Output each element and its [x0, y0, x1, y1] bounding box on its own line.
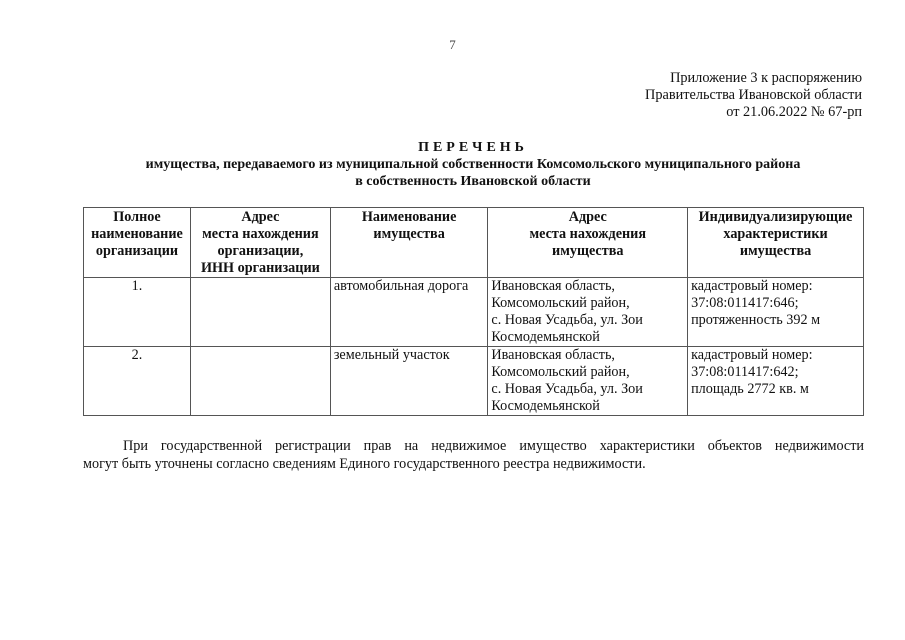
note-line: При государственной регистрации прав на … [83, 437, 864, 455]
address-line: с. Новая Усадьба, ул. Зои [491, 312, 684, 329]
header-text: Адрес [194, 209, 327, 226]
note-line: могут быть уточнены согласно сведениям Е… [83, 455, 864, 473]
appendix-line: Приложение 3 к распоряжению [645, 70, 862, 87]
header-text: имущества [334, 226, 485, 243]
title-subtitle-line: имущества, передаваемого из муниципально… [83, 156, 863, 173]
header-text: Наименование [334, 209, 485, 226]
address-line: Ивановская область, [491, 347, 684, 364]
table-header-row: Полное наименование организации Адрес ме… [84, 208, 864, 278]
header-text: ИНН организации [194, 260, 327, 277]
header-text: места нахождения [194, 226, 327, 243]
document-title: ПЕРЕЧЕНЬ имущества, передаваемого из мун… [83, 139, 863, 190]
property-name-cell: земельный участок [330, 347, 488, 416]
characteristic-line: площадь 2772 кв. м [691, 381, 860, 398]
header-text: организации, [194, 243, 327, 260]
header-text: имущества [491, 243, 684, 260]
address-line: Комсомольский район, [491, 364, 684, 381]
header-property-name: Наименование имущества [330, 208, 488, 278]
property-address-cell: Ивановская область, Комсомольский район,… [488, 347, 688, 416]
header-text: наименование [87, 226, 187, 243]
title-subtitle-line: в собственность Ивановской области [83, 173, 863, 190]
table-row: 1. автомобильная дорога Ивановская облас… [84, 278, 864, 347]
address-line: Комсомольский район, [491, 295, 684, 312]
header-text: Индивидуализирующие [691, 209, 860, 226]
row-number: 1. [84, 278, 191, 347]
address-line: Космодемьянской [491, 398, 684, 415]
header-org-address: Адрес места нахождения организации, ИНН … [190, 208, 330, 278]
appendix-line: Правительства Ивановской области [645, 87, 862, 104]
property-table: Полное наименование организации Адрес ме… [83, 207, 864, 416]
address-line: Ивановская область, [491, 278, 684, 295]
note-paragraph: При государственной регистрации прав на … [83, 437, 864, 473]
characteristic-line: 37:08:011417:646; [691, 295, 860, 312]
page-number: 7 [0, 37, 905, 53]
org-address-cell [190, 278, 330, 347]
header-characteristics: Индивидуализирующие характеристики имуще… [688, 208, 864, 278]
characteristics-cell: кадастровый номер: 37:08:011417:646; про… [688, 278, 864, 347]
characteristic-line: протяженность 392 м [691, 312, 860, 329]
header-org-name: Полное наименование организации [84, 208, 191, 278]
org-address-cell [190, 347, 330, 416]
property-address-cell: Ивановская область, Комсомольский район,… [488, 278, 688, 347]
title-main: ПЕРЕЧЕНЬ [83, 139, 863, 156]
property-name-cell: автомобильная дорога [330, 278, 488, 347]
header-text: имущества [691, 243, 860, 260]
header-text: характеристики [691, 226, 860, 243]
header-text: Полное [87, 209, 187, 226]
appendix-reference: Приложение 3 к распоряжению Правительств… [645, 70, 862, 121]
characteristic-line: 37:08:011417:642; [691, 364, 860, 381]
table-row: 2. земельный участок Ивановская область,… [84, 347, 864, 416]
characteristics-cell: кадастровый номер: 37:08:011417:642; пло… [688, 347, 864, 416]
header-text: Адрес [491, 209, 684, 226]
address-line: с. Новая Усадьба, ул. Зои [491, 381, 684, 398]
characteristic-line: кадастровый номер: [691, 347, 860, 364]
header-text: организации [87, 243, 187, 260]
row-number: 2. [84, 347, 191, 416]
characteristic-line: кадастровый номер: [691, 278, 860, 295]
header-text: места нахождения [491, 226, 684, 243]
appendix-line: от 21.06.2022 № 67-рп [645, 104, 862, 121]
address-line: Космодемьянской [491, 329, 684, 346]
header-property-address: Адрес места нахождения имущества [488, 208, 688, 278]
